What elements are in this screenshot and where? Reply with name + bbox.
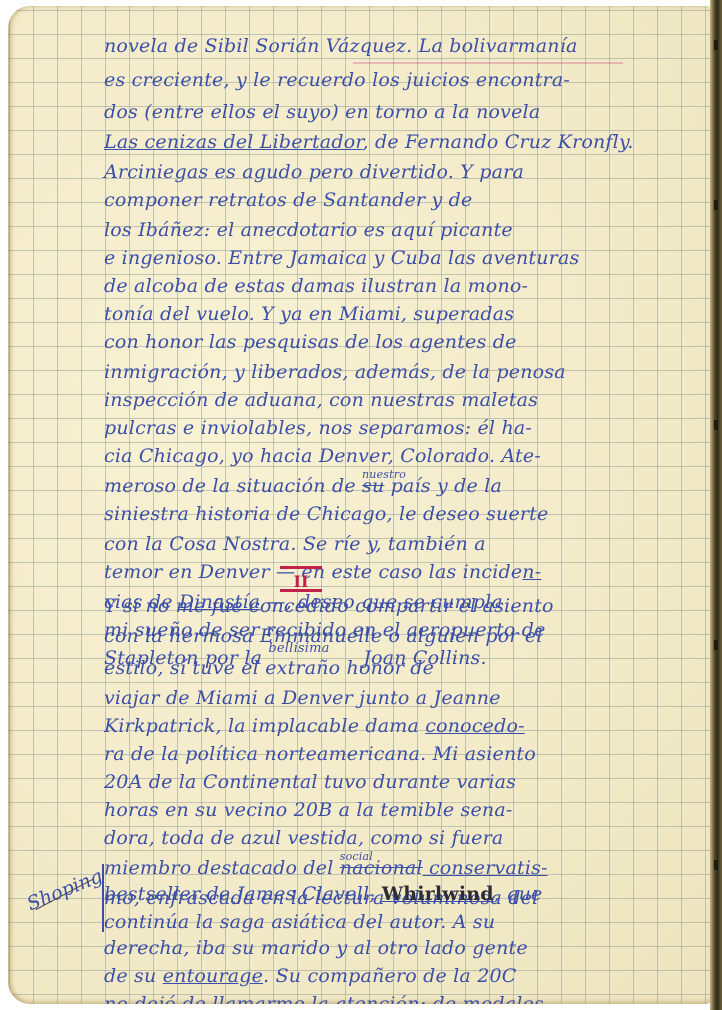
text-line: con honor las pesquisas de los agentes d…: [104, 330, 517, 354]
book-title-whirlwind: Whirlwind: [382, 883, 494, 905]
text-line: los Ibáñez: el anecdotario es aquí pican…: [104, 218, 513, 242]
text-line: horas en su vecino 20B a la temible sena…: [104, 798, 513, 822]
text-line: dos (entre ellos el suyo) en torno a la …: [104, 100, 540, 124]
text-line: bestseller de James Clavell, Whirlwind, …: [104, 882, 543, 906]
text-line: no dejó de llamarme la atención: de moda…: [104, 992, 544, 1004]
text-line: pulcras e inviolables, nos separamos: él…: [104, 416, 532, 440]
text-line: temor en Denver — en este caso las incid…: [104, 560, 541, 584]
notebook-binding: [710, 0, 722, 1010]
text-line: cia Chicago, yo hacia Denver, Colorado. …: [104, 444, 541, 468]
text-line: de su entourage. Su compañero de la 20C: [104, 964, 517, 988]
text-line: meroso de la situación de nuestrosu país…: [104, 474, 502, 498]
text-line: tonía del vuelo. Y ya en Miami, superada…: [104, 302, 514, 326]
text-line: miembro destacado del socialnacional con…: [104, 856, 548, 880]
text-line: Y si no me fue concedido compartir el as…: [104, 594, 554, 618]
text-line: ra de la política norteamericana. Mi asi…: [104, 742, 536, 766]
notebook-page: novela de Sibil Sorián Vázquez. La boliv…: [8, 6, 712, 1004]
pink-highlight-mark: [353, 62, 623, 64]
text-line: dora, toda de azul vestida, como si fuer…: [104, 826, 503, 850]
text-line: e ingenioso. Entre Jamaica y Cuba las av…: [104, 246, 579, 270]
text-line: con la Cosa Nostra. Se ríe y, también a: [104, 532, 486, 556]
section-numeral: II: [280, 566, 322, 592]
text-line: de alcoba de estas damas ilustran la mon…: [104, 274, 528, 298]
text-line: Kirkpatrick, la implacable dama conocedo…: [104, 714, 525, 738]
text-line: es creciente, y le recuerdo los juicios …: [104, 68, 570, 92]
text-line: viajar de Miami a Denver junto a Jeanne: [104, 686, 501, 710]
text-line: estilo, sí tuve el extraño honor de: [104, 656, 434, 680]
text-line: continúa la saga asiática del autor. A s…: [104, 910, 495, 934]
book-title-underlined: Las cenizas del Libertador: [104, 131, 363, 153]
text-line: Arciniegas es agudo pero divertido. Y pa…: [104, 160, 524, 184]
text-line: novela de Sibil Sorián Vázquez. La boliv…: [104, 34, 578, 58]
text-line: inspección de aduana, con nuestras malet…: [104, 388, 538, 412]
text-line: componer retratos de Santander y de: [104, 188, 472, 212]
margin-bracket-line: [102, 864, 104, 932]
text-line: derecha, iba su marido y al otro lado ge…: [104, 936, 528, 960]
text-line: Las cenizas del Libertador, de Fernando …: [104, 130, 634, 154]
inserted-word: nuestro: [362, 463, 406, 487]
inserted-word: social: [340, 845, 373, 869]
text-line: siniestra historia de Chicago, le deseo …: [104, 502, 548, 526]
binding-stitch: [714, 420, 718, 430]
text-line: inmigración, y liberados, además, de la …: [104, 360, 566, 384]
text-line: 20A de la Continental tuvo durante varia…: [104, 770, 516, 794]
text-line: con la hermosa Emmanuelle o alguien por …: [104, 624, 543, 648]
binding-stitch: [714, 640, 718, 650]
binding-stitch: [714, 40, 718, 50]
binding-stitch: [714, 200, 718, 210]
binding-stitch: [714, 860, 718, 870]
